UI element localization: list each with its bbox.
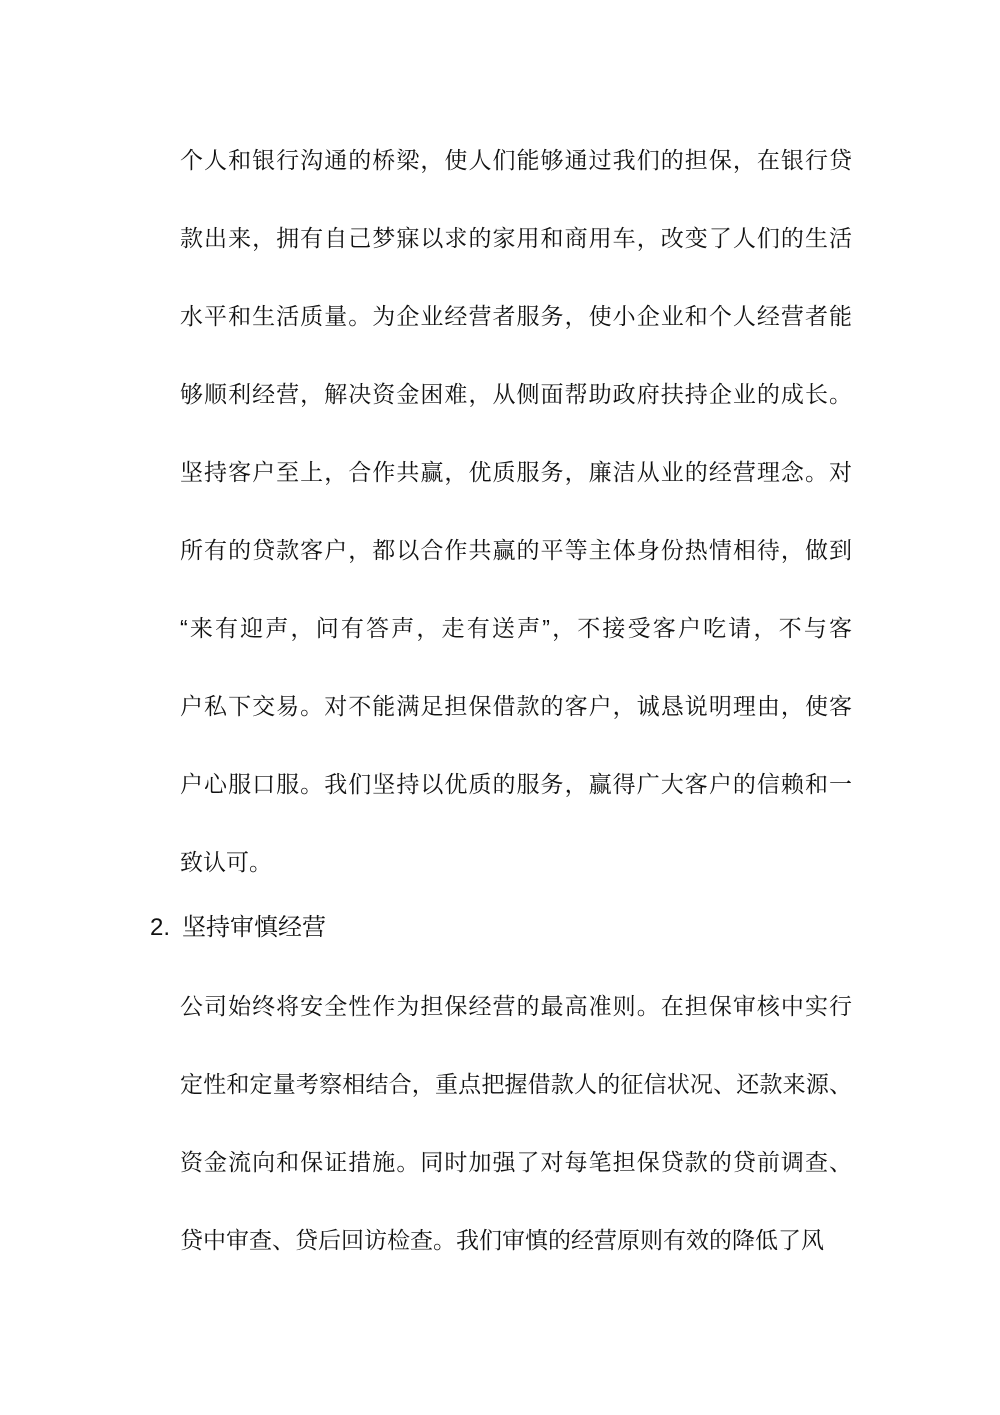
text-line: 户私下交易。对不能满足担保借款的客户，诚恳说明理由，使客 xyxy=(180,667,852,745)
text-line: 户心服口服。我们坚持以优质的服务，赢得广大客户的信赖和一 xyxy=(180,745,852,823)
paragraph-prudent-operation: 公司始终将安全性作为担保经营的最高准则。在担保审核中实行 定性和定量考察相结合，… xyxy=(180,967,852,1279)
text-line: 资金流向和保证措施。同时加强了对每笔担保贷款的贷前调查、 xyxy=(180,1123,852,1201)
text-line: “来有迎声，问有答声，走有送声”，不接受客户吃请，不与客 xyxy=(180,589,852,667)
heading-text: 坚持审慎经营 xyxy=(182,914,326,941)
text-line: 够顺利经营，解决资金困难，从侧面帮助政府扶持企业的成长。 xyxy=(180,355,852,433)
section-heading-prudent-operation: 2.坚持审慎经营 xyxy=(150,889,1000,967)
text-line: 个人和银行沟通的桥梁，使人们能够通过我们的担保，在银行贷 xyxy=(180,121,852,199)
heading-number: 2. xyxy=(150,889,182,967)
text-line: 所有的贷款客户，都以合作共赢的平等主体身份热情相待，做到 xyxy=(180,511,852,589)
document-page: 个人和银行沟通的桥梁，使人们能够通过我们的担保，在银行贷 款出来，拥有自己梦寐以… xyxy=(0,0,1000,1279)
text-line: 水平和生活质量。为企业经营者服务，使小企业和个人经营者能 xyxy=(180,277,852,355)
paragraph-company-service: 个人和银行沟通的桥梁，使人们能够通过我们的担保，在银行贷 款出来，拥有自己梦寐以… xyxy=(180,121,852,901)
text-line: 贷中审查、贷后回访检查。我们审慎的经营原则有效的降低了风 xyxy=(180,1201,852,1279)
text-line: 公司始终将安全性作为担保经营的最高准则。在担保审核中实行 xyxy=(180,967,852,1045)
text-line: 定性和定量考察相结合，重点把握借款人的征信状况、还款来源、 xyxy=(180,1045,852,1123)
text-line: 坚持客户至上，合作共赢，优质服务，廉洁从业的经营理念。对 xyxy=(180,433,852,511)
text-line: 款出来，拥有自己梦寐以求的家用和商用车，改变了人们的生活 xyxy=(180,199,852,277)
